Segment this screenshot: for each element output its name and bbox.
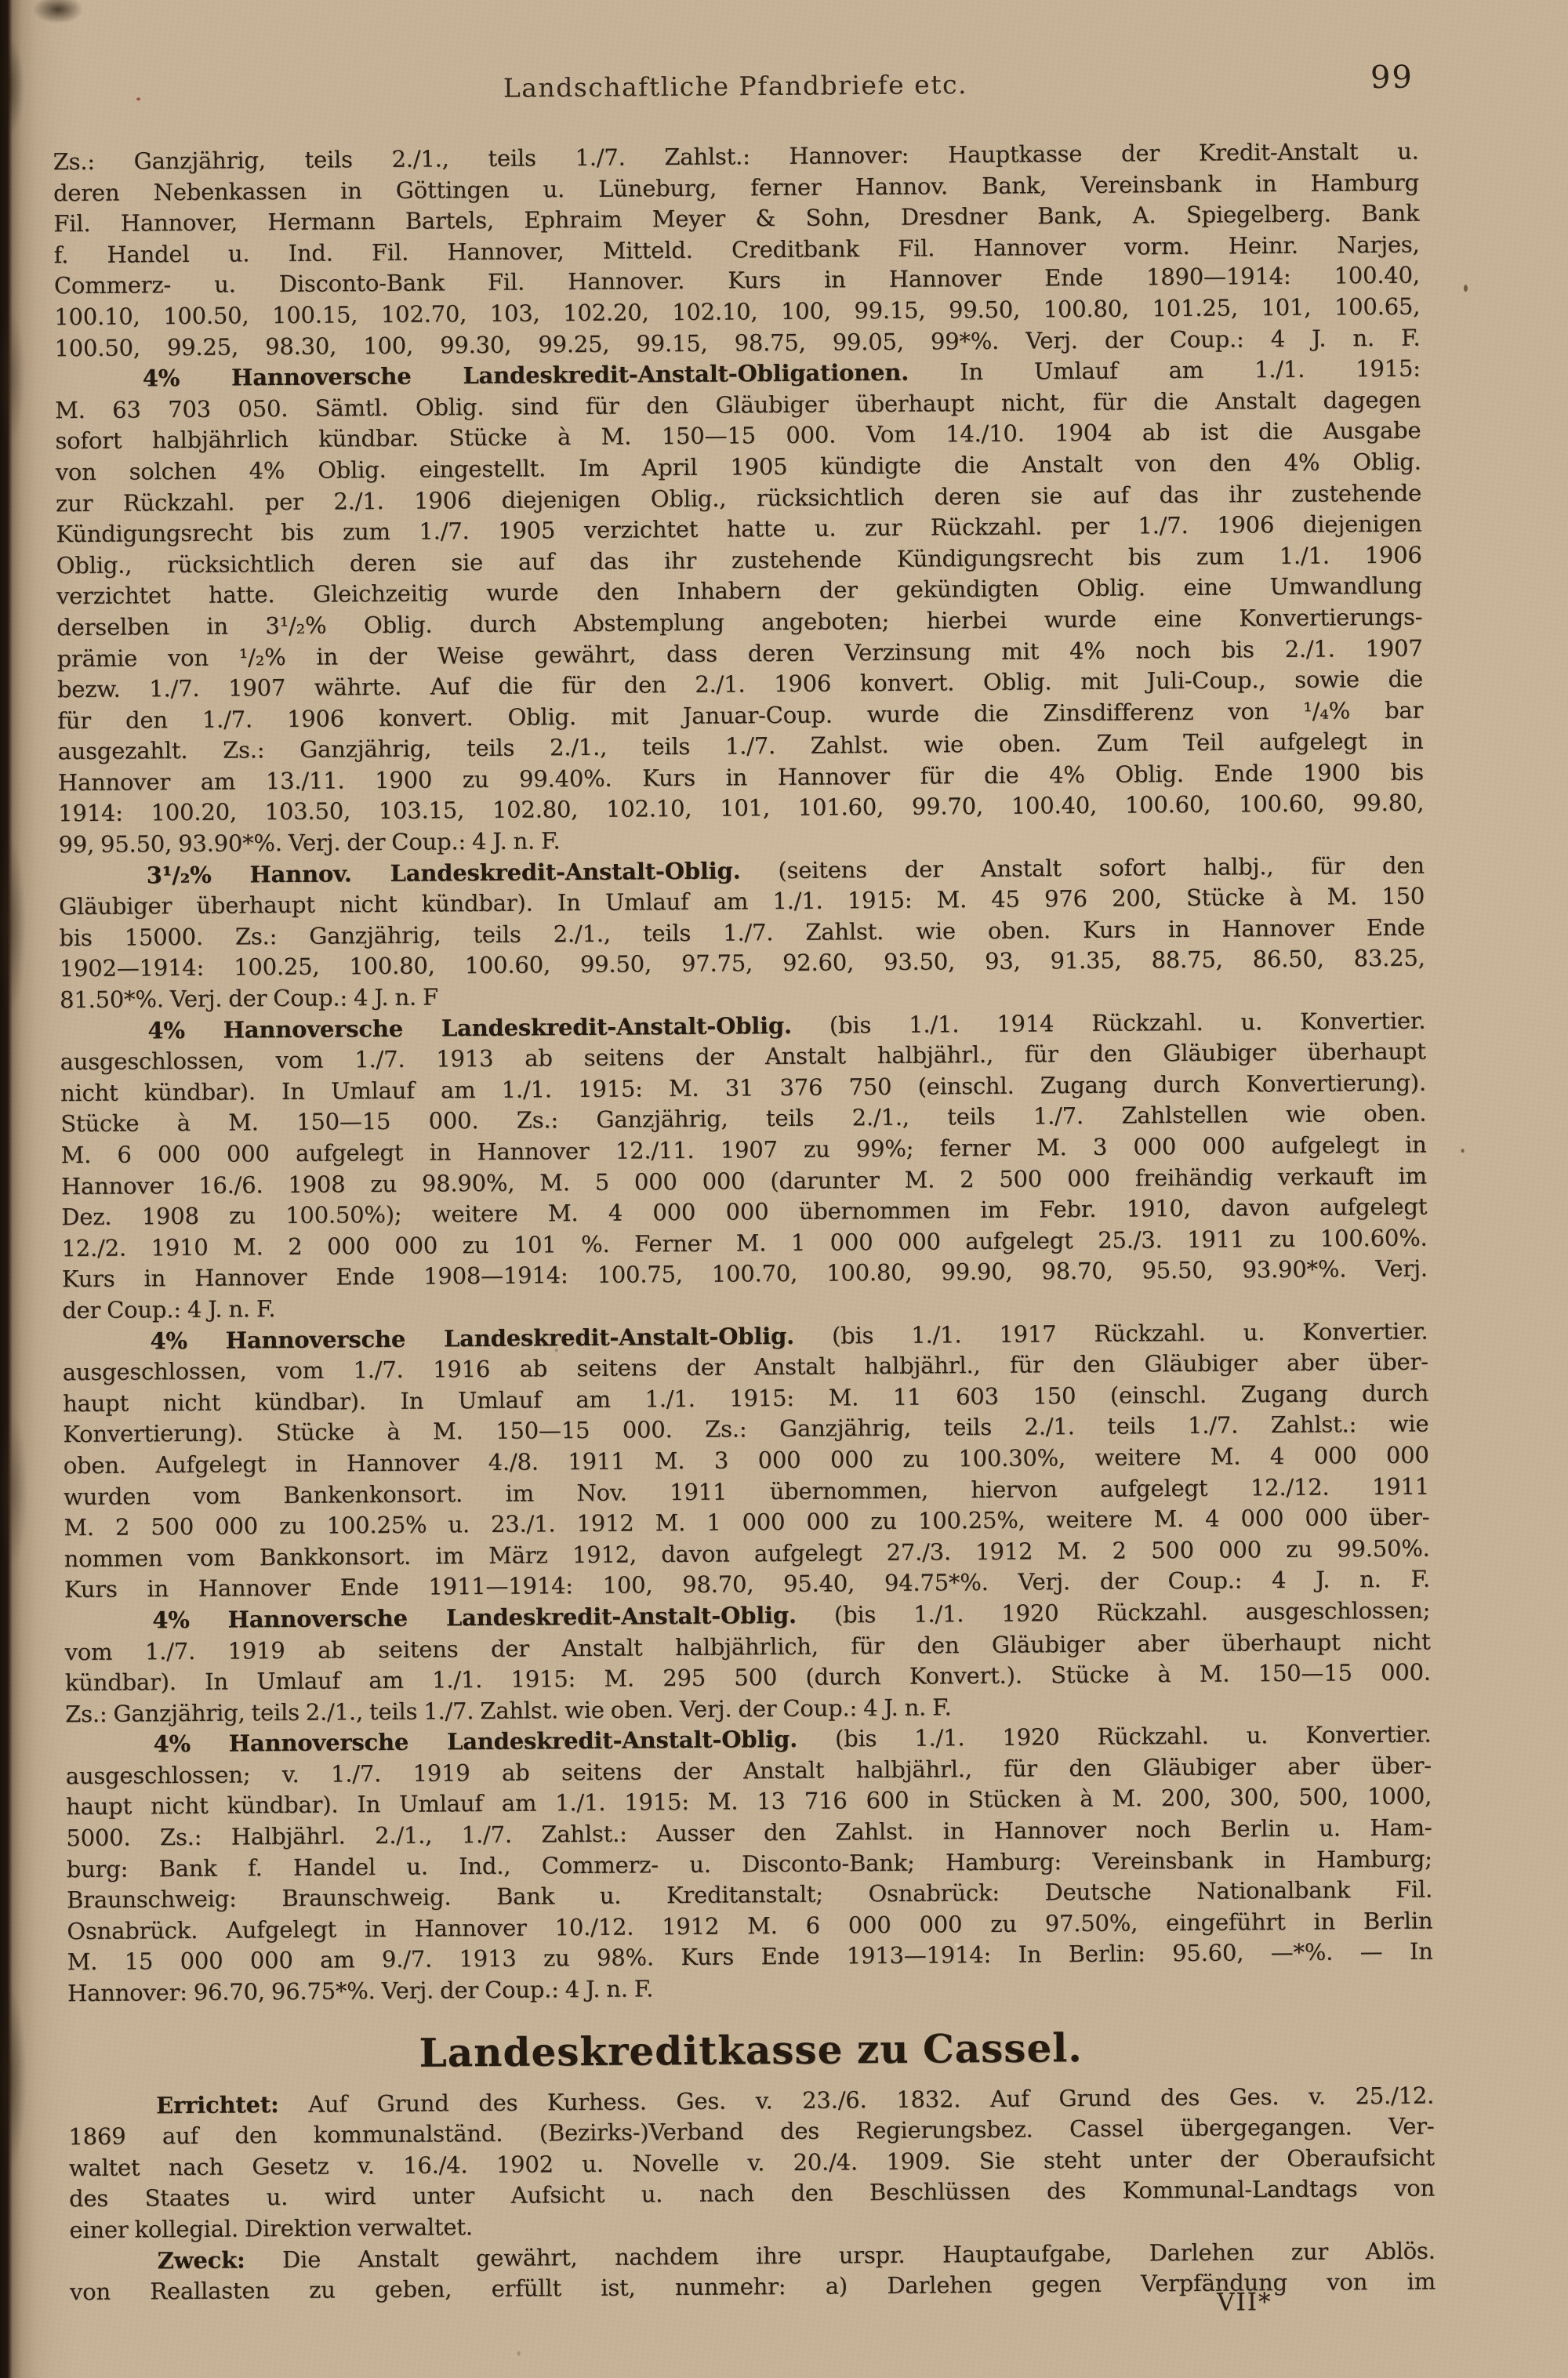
body-text-upper: Zs.: Ganzjährig, teils 2./1., teils 1./7… bbox=[53, 136, 1434, 2010]
bold-lead: 4% Hannoversche Landeskredit-Anstalt-Obl… bbox=[152, 1602, 797, 1633]
running-header: Landschaftliche Pfandbriefe etc. 99 bbox=[53, 66, 1418, 114]
section-heading: Landeskreditkasse zu Cassel. bbox=[67, 2020, 1433, 2080]
text-column: Zs.: Ganzjährig, teils 2./1., teils 1./7… bbox=[53, 136, 1436, 2327]
paragraph: 4% Hannoversche Landeskredit-Anstalt-Obl… bbox=[55, 354, 1425, 861]
bold-lead: 4% Hannoversche Landeskredit-Anstalt-Obl… bbox=[153, 1726, 797, 1757]
paragraph: 3¹/₂% Hannov. Landeskredit-Anstalt-Oblig… bbox=[59, 850, 1426, 1016]
book-page-scan: Landschaftliche Pfandbriefe etc. 99 Zs.:… bbox=[0, 0, 1568, 2378]
bold-lead: 4% Hannoversche Landeskredit-Anstalt-Obl… bbox=[147, 1012, 792, 1044]
body-text-lower: Errichtet: Auf Grund des Kurhess. Ges. v… bbox=[68, 2080, 1436, 2308]
page-number: 99 bbox=[1370, 60, 1414, 96]
ink-speck bbox=[1461, 1149, 1465, 1153]
paragraph: 4% Hannoversche Landeskredit-Anstalt-Obl… bbox=[64, 1595, 1431, 1730]
bold-lead: 4% Hannoversche Landeskredit-Anstalt-Obl… bbox=[150, 1322, 794, 1353]
paragraph: 4% Hannoversche Landeskredit-Anstalt-Obl… bbox=[62, 1316, 1430, 1606]
bold-lead: Zweck: bbox=[158, 2246, 245, 2274]
paragraph: 4% Hannoversche Landeskredit-Anstalt-Obl… bbox=[60, 1005, 1428, 1327]
paragraph: 4% Hannoversche Landeskredit-Anstalt-Obl… bbox=[65, 1719, 1433, 2010]
paragraph: Zs.: Ganzjährig, teils 2./1., teils 1./7… bbox=[53, 136, 1421, 365]
running-header-title: Landschaftliche Pfandbriefe etc. bbox=[53, 66, 1418, 107]
bold-lead: 4% Hannoversche Landeskredit-Anstalt-Obl… bbox=[143, 359, 909, 392]
bold-lead: Errichtet: bbox=[156, 2091, 279, 2118]
ink-speck bbox=[136, 97, 140, 100]
bold-lead: 3¹/₂% Hannov. Landeskredit-Anstalt-Oblig… bbox=[147, 857, 741, 888]
page-content: Landschaftliche Pfandbriefe etc. 99 Zs.:… bbox=[0, 0, 1568, 2378]
paper-speck bbox=[955, 1943, 960, 1947]
ink-speck bbox=[555, 1349, 558, 1352]
paragraph: Errichtet: Auf Grund des Kurhess. Ges. v… bbox=[68, 2080, 1436, 2246]
ink-speck bbox=[1464, 285, 1468, 292]
ink-speck bbox=[517, 2351, 521, 2356]
